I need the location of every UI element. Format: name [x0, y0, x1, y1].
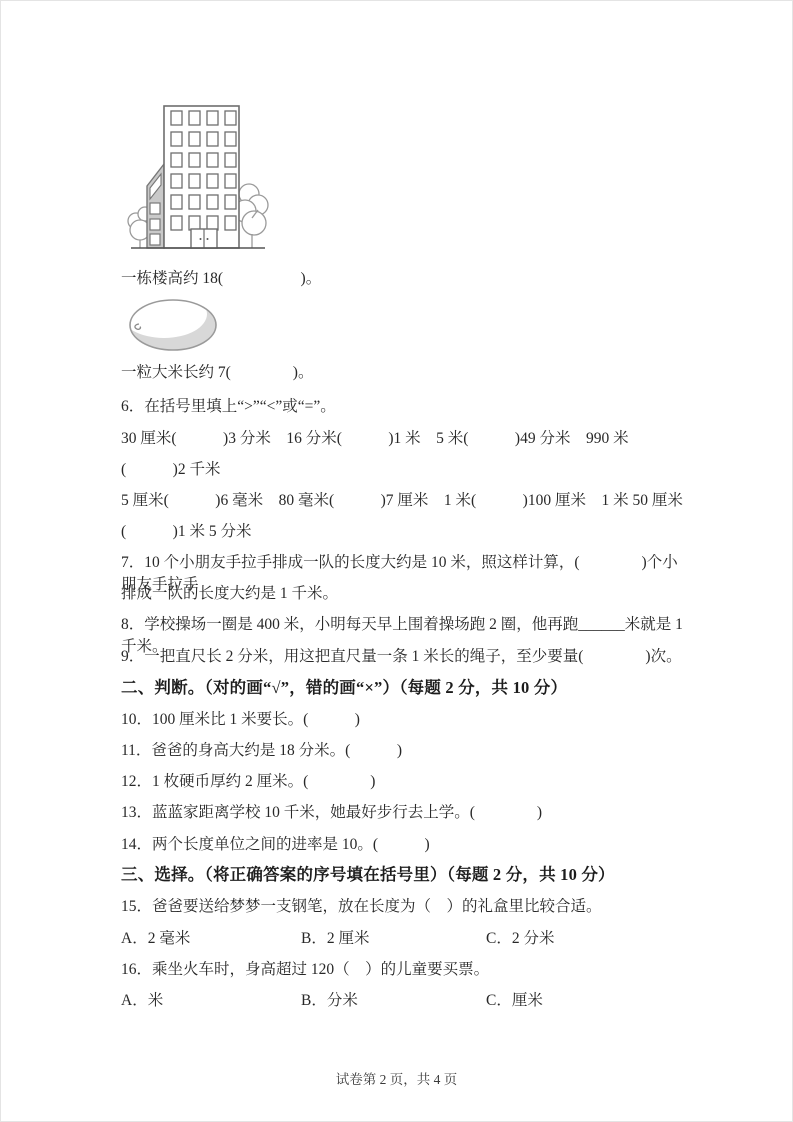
rice-grain-icon — [124, 297, 220, 355]
q6-prompt: 6．在括号里填上“>”“<”或“=”。 — [121, 396, 683, 418]
q15-option-a: A．2 毫米 — [121, 928, 301, 950]
building-caption: 一栋楼高约 18( )。 — [121, 268, 683, 290]
exam-page: 一栋楼高约 18( )。 一粒大米长约 7( )。 6．在括号里填上“>”“<”… — [0, 0, 793, 1122]
rice-caption: 一粒大米长约 7( )。 — [121, 362, 683, 384]
section-choice-header: 三、选择。（将正确答案的序号填在括号里）（每题 2 分，共 10 分） — [121, 864, 683, 886]
q12-text: 12．1 枚硬币厚约 2 厘米。( ) — [121, 771, 683, 793]
building-annex — [147, 164, 164, 248]
building-door — [191, 229, 217, 248]
q16-options: A．米 B．分米 C．厘米 — [121, 990, 683, 1012]
q6-row-3: 5 厘米( )6 毫米 80 毫米( )7 厘米 1 米( )100 厘米 1 … — [121, 490, 683, 512]
q6-row-2: ( )2 千米 — [121, 459, 683, 481]
rice-grain-illustration — [124, 297, 220, 355]
q11-text: 11．爸爸的身高大约是 18 分米。( ) — [121, 740, 683, 762]
q16-option-c: C．厘米 — [486, 990, 683, 1012]
q14-text: 14．两个长度单位之间的进率是 10。( ) — [121, 834, 683, 856]
q6-row-1: 30 厘米( )3 分米 16 分米( )1 米 5 米( )49 分米 990… — [121, 428, 683, 450]
q9-text: 9．一把直尺长 2 分米，用这把直尺量一条 1 米长的绳子，至少要量( )次。 — [121, 646, 683, 668]
q6-row-4: ( )1 米 5 分米 — [121, 521, 683, 543]
q16-option-a: A．米 — [121, 990, 301, 1012]
building-illustration — [127, 100, 269, 250]
q16-prompt: 16．乘坐火车时，身高超过 120（ ）的儿童要买票。 — [121, 959, 683, 981]
q16-option-b: B．分米 — [301, 990, 486, 1012]
q10-text: 10．100 厘米比 1 米要长。( ) — [121, 709, 683, 731]
q15-prompt: 15．爸爸要送给梦梦一支钢笔，放在长度为（ ）的礼盒里比较合适。 — [121, 896, 683, 918]
q7-line-2: 排成一队的长度大约是 1 千米。 — [121, 583, 683, 605]
page-footer: 试卷第 2 页，共 4 页 — [1, 1068, 792, 1088]
section-judge-header: 二、判断。（对的画“√”，错的画“×”）（每题 2 分，共 10 分） — [121, 677, 683, 699]
building-tower — [164, 106, 239, 248]
q13-text: 13．蓝蓝家距离学校 10 千米，她最好步行去上学。( ) — [121, 802, 683, 824]
q15-option-c: C．2 分米 — [486, 928, 683, 950]
q15-options: A．2 毫米 B．2 厘米 C．2 分米 — [121, 928, 683, 950]
q15-option-b: B．2 厘米 — [301, 928, 486, 950]
building-icon — [127, 100, 269, 250]
